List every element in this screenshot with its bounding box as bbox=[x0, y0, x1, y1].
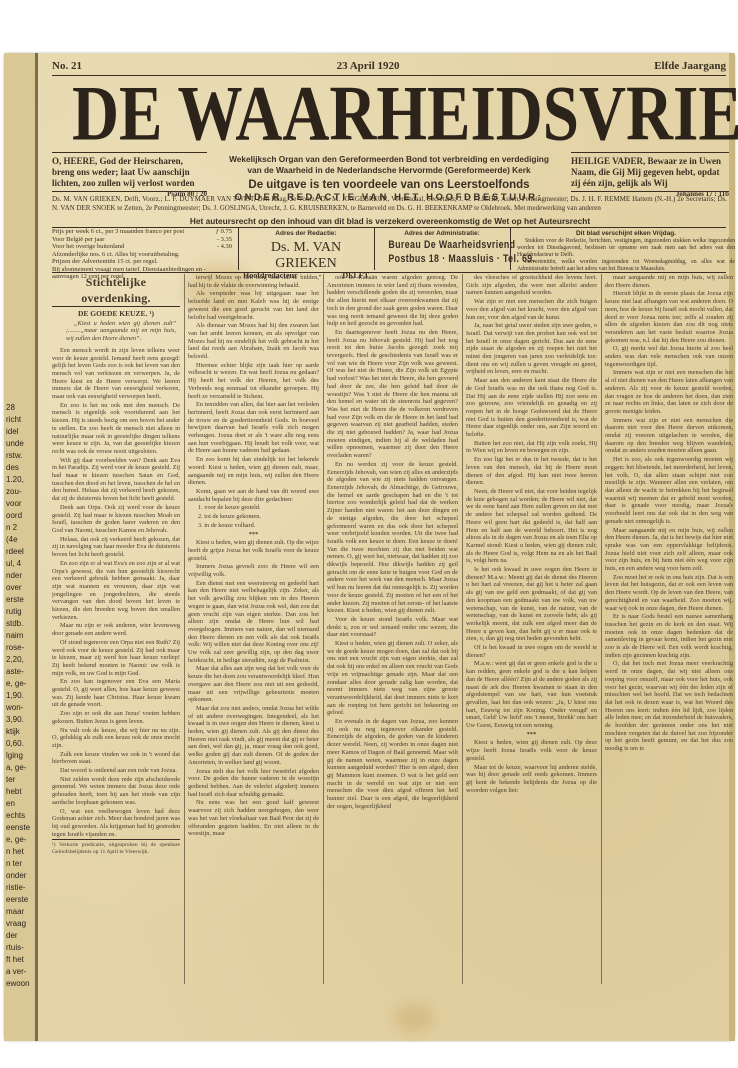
article-paragraph: Jozua stelt dus het volk hier tweeërlei … bbox=[188, 768, 319, 799]
adjacent-page-text: e, ge- bbox=[6, 679, 26, 688]
subscription-prices: Prijs per week 6 ct., per 3 maanden fran… bbox=[52, 228, 232, 270]
article-paragraph: En temidden van allen, dat hier aan het … bbox=[188, 401, 319, 455]
article-paragraph: En evenals in de dagen van Jozua, zoo ke… bbox=[327, 718, 458, 810]
adjacent-page-text: ristie- bbox=[6, 883, 26, 892]
adjacent-page-text: maar bbox=[6, 907, 24, 916]
divider bbox=[52, 272, 726, 273]
article-paragraph: Kiest u heden, wien gij dienen zult. Op … bbox=[188, 539, 319, 562]
binding-edge bbox=[35, 53, 38, 1041]
masthead-title: DE WAARHEIDSVRIEND bbox=[72, 71, 708, 158]
adjacent-page-text: nder bbox=[6, 571, 22, 580]
adjacent-page-text: 2,20, bbox=[6, 655, 24, 664]
adjacent-page-text: der bbox=[6, 931, 18, 940]
price-value: - 3.35 bbox=[217, 236, 232, 244]
price-label: Prijs per week 6 ct., per 3 maanden fran… bbox=[52, 228, 184, 236]
article-columns: Stichtelijke overdenking. DE GOEDE KEUZE… bbox=[52, 274, 732, 994]
article-paragraph: 1. voor de keuze gesteld. bbox=[188, 504, 319, 512]
article-paragraph: En zoo kan tegenover een Eva een Maria g… bbox=[52, 678, 180, 709]
divider bbox=[52, 191, 207, 192]
article-paragraph: Immers Jozua gevoelt zoo: de Heere wil e… bbox=[188, 563, 319, 578]
section-title: Stichtelijke overdenking. bbox=[52, 274, 180, 307]
adjacent-page-text: ul, 4 bbox=[6, 559, 21, 568]
adjacent-page-text: over bbox=[6, 583, 22, 592]
article-paragraph: Nu valt ook de keuze, die wij hier nu nu… bbox=[52, 727, 180, 750]
article-paragraph: Het is zoo, als ook tegenwoordig moeten … bbox=[605, 456, 733, 525]
article-paragraph: Als verspieder was hij uitgegaan naar he… bbox=[188, 290, 319, 321]
adjacent-page-text: en bbox=[6, 799, 15, 808]
adjacent-page-text: richt bbox=[6, 415, 21, 424]
subtitle-line-1: Wekelijksch Organ van den Gereformeerden… bbox=[218, 154, 560, 165]
adjacent-page-text: a ver- bbox=[6, 967, 26, 976]
article-paragraph: Niet zelden wordt deze rede zijn afschei… bbox=[52, 776, 180, 807]
footnote: ¹) Verkorte predicatie, uitgesproken bij… bbox=[52, 839, 180, 855]
divider bbox=[52, 152, 207, 153]
adjacent-page-text: ter bbox=[6, 775, 15, 784]
article-paragraph: En zoo zijn er al wat Eva's en zoo zijn … bbox=[52, 560, 180, 622]
article-paragraph: terwijl Mozes op den berg was om te bidd… bbox=[188, 274, 319, 289]
article-paragraph: Kiest u heden, wien gij dienen zult. Op … bbox=[466, 739, 597, 762]
subtitle-line-3: De uitgave is ten voordeele van ons Leer… bbox=[218, 178, 560, 192]
adjacent-page-text: 1,90. bbox=[6, 691, 24, 700]
article-title: DE GOEDE KEUZE. ¹) bbox=[52, 310, 180, 318]
adjacent-page-text: 1.20, bbox=[6, 475, 24, 484]
price-row: Afzonderlijke nos. 6 ct. Alles bij vooru… bbox=[52, 251, 232, 259]
administration-contact: Postbus 18 · Maassluis · Tel. 69. bbox=[388, 252, 495, 266]
article-paragraph: Immers wat zijn er niet een menschen die… bbox=[605, 417, 733, 456]
adjacent-page-text: eerste bbox=[6, 895, 28, 904]
adjacent-page-text: ewoon bbox=[6, 979, 30, 988]
article-paragraph: En daartegenover heeft Jozua nu den Heer… bbox=[327, 329, 458, 460]
price-row: Voor België per jaar- 3.35 bbox=[52, 236, 232, 244]
editorial-board: Ds. M. VAN GRIEKEN, Delft, Voorz.; L. F.… bbox=[52, 195, 727, 213]
newspaper-page: 28richtidelunderstw.des1.20,zou-vooroord… bbox=[4, 53, 735, 1041]
column-2: terwijl Mozes op den berg was om te bidd… bbox=[188, 274, 319, 994]
adjacent-page-text: stdb. bbox=[6, 619, 23, 628]
adjacent-page-text: vraag bbox=[6, 919, 26, 928]
adjacent-page-strip: 28richtidelunderstw.des1.20,zou-vooroord… bbox=[4, 53, 35, 1041]
article-paragraph: Maar tot de keuze, waarvoor hij anderen … bbox=[466, 764, 597, 795]
adjacent-page-text: won- bbox=[6, 703, 23, 712]
adjacent-page-text: 3,90. bbox=[6, 715, 24, 724]
editor-name: Ds. M. VAN GRIEKEN bbox=[239, 240, 373, 272]
article-paragraph: Wilt gij daar voorbeelden van? Denk aan … bbox=[52, 457, 180, 503]
article-paragraph: Voor de keuze stond Israëls volk. Maar w… bbox=[327, 616, 458, 639]
article-paragraph: Helaas, dat ook zij verkeerd heeft gekoz… bbox=[52, 536, 180, 559]
administration-bureau: Bureau De Waarheidsvriend bbox=[388, 238, 495, 252]
article-paragraph: O, wat een veelbewogen leven had deze Go… bbox=[52, 808, 180, 839]
article-paragraph: Maar dat zou niet anders, omdat Jozua he… bbox=[188, 705, 319, 767]
article-paragraph: Hieruit blijkt in de eerste plaats dat J… bbox=[605, 290, 733, 344]
adjacent-page-text: oord bbox=[6, 511, 22, 520]
article-paragraph: Ja, naar het getal uwer steden zijn uwe … bbox=[466, 322, 597, 376]
column-4: des vleesches of grootschheid des levens… bbox=[466, 274, 597, 994]
adjacent-page-text: e, ge- bbox=[6, 835, 26, 844]
article-paragraph: Wat zijn er niet een menschen die zich b… bbox=[466, 298, 597, 321]
administration-address: Adres der Administratie: Bureau De Waarh… bbox=[374, 228, 509, 270]
verse-right: HEILIGE VADER, Bewaar ze in Uwen Naam, d… bbox=[571, 156, 729, 200]
article-paragraph: Immers wat zijn er niet een menschen die… bbox=[605, 369, 733, 415]
article-paragraph: Is het ook kwaad in uwe oogen den Heere … bbox=[466, 566, 597, 643]
article-paragraph: En zoo is het nu ook met den mensch. De … bbox=[52, 402, 180, 456]
article-paragraph: 2. tot de keuze gekomen. bbox=[188, 513, 319, 521]
article-paragraph: ook in Kanaän waren afgoden genoeg. De A… bbox=[327, 274, 458, 328]
article-paragraph: Kiest u heden, wien gij dienen zult. O z… bbox=[327, 640, 458, 717]
section-separator: *** bbox=[188, 531, 319, 539]
article-paragraph: maar aangaande mij en mijn huis, wij zul… bbox=[605, 274, 733, 289]
column-1: Stichtelijke overdenking. DE GOEDE KEUZE… bbox=[52, 274, 180, 994]
adjacent-page-text: voor bbox=[6, 499, 22, 508]
price-label: Afzonderlijke nos. 6 ct. Alles bij vooru… bbox=[52, 251, 180, 259]
article-paragraph: Maar nu zijn er ook anderen, wier levens… bbox=[52, 622, 180, 637]
article-paragraph: des vleesches of grootschheid des levens… bbox=[466, 274, 597, 297]
column-5: maar aangaande mij en mijn huis, wij zul… bbox=[605, 274, 733, 994]
copyright-notice: Het auteursrecht op den inhoud van dit b… bbox=[48, 216, 732, 226]
price-value: - 4.30 bbox=[217, 243, 232, 251]
price-row: Prijzen der Advertentiën 15 ct. per rege… bbox=[52, 258, 232, 266]
adjacent-page-text: ft het bbox=[6, 955, 24, 964]
article-paragraph: Zoo zijn er ook die aan Jezus' voeten he… bbox=[52, 710, 180, 725]
editorial-address-label: Adres der Redactie: bbox=[239, 230, 373, 238]
column-divider bbox=[601, 274, 602, 984]
adjacent-page-text: eenste bbox=[6, 823, 30, 832]
adjacent-page-text: zou- bbox=[6, 487, 22, 496]
price-row: Voor het overige buitenland- 4.30 bbox=[52, 243, 232, 251]
adjacent-page-text: idel bbox=[6, 427, 18, 436]
adjacent-page-text: echts bbox=[6, 811, 25, 820]
article-paragraph: Denk aan Orpa. Ook zij werd voor de keuz… bbox=[52, 504, 180, 535]
article-paragraph: En zoo ligt het er dus in het tweede, da… bbox=[466, 456, 597, 487]
article-paragraph: Maar aan den anderen kant staat die Heer… bbox=[466, 377, 597, 439]
adjacent-page-text: 0,60. bbox=[6, 739, 24, 748]
article-paragraph: Zoo moet het er ook in ons huis zijn. Da… bbox=[605, 574, 733, 613]
publication-notice-text-2: Advertentiën, welke worden ingezonden to… bbox=[517, 259, 735, 273]
subtitle-line-2: van de Waarheid in de Nederlandsche Herv… bbox=[218, 165, 560, 176]
adjacent-page-text: unde bbox=[6, 439, 24, 448]
administration-label: Adres der Administratie: bbox=[375, 230, 509, 238]
adjacent-page-text: naim bbox=[6, 631, 23, 640]
adjacent-page-text: rutig bbox=[6, 607, 22, 616]
adjacent-page-text: rstw. bbox=[6, 451, 22, 460]
article-paragraph: Er is naar Gods bestel een nauwe samenha… bbox=[605, 613, 733, 659]
divider bbox=[571, 191, 729, 192]
price-label: Prijzen der Advertentiën 15 ct. per rege… bbox=[52, 258, 158, 266]
adjacent-page-text: (4e bbox=[6, 535, 18, 544]
adjacent-page-text: des bbox=[6, 463, 19, 472]
article-paragraph: O, gij merkt wel dat Jozua hierin al zoo… bbox=[605, 345, 733, 368]
page-content: No. 21 23 April 1920 Elfde Jaargang DE W… bbox=[48, 53, 732, 1041]
adjacent-page-text: n 2 bbox=[6, 523, 17, 532]
adjacent-page-text: a, ge- bbox=[6, 763, 26, 772]
article-paragraph: Of stond tegenover een Orpa niet een Rut… bbox=[52, 639, 180, 678]
article-paragraph: Buiten het zoo niet, dat Hij zijn volk z… bbox=[466, 440, 597, 455]
article-paragraph: Een mensch wordt in zijn leven telkens w… bbox=[52, 347, 180, 401]
publication-notice-text-1: Stukken voor de Redactie, berichten, ves… bbox=[517, 238, 735, 259]
article-paragraph: Dat woord is ontleend aan een rede van J… bbox=[52, 767, 180, 775]
article-paragraph: Maar aangaande mij en mijn huis, wij zul… bbox=[605, 527, 733, 573]
article-paragraph: Of is het kwaad in uwe oogen om de werel… bbox=[466, 644, 597, 659]
article-motto: „Kiest u heden wien gij dienen zult” ;..… bbox=[52, 320, 180, 343]
adjacent-page-text: aste- bbox=[6, 667, 24, 676]
article-paragraph: Maar dat alles aan zijn weg dat het volk… bbox=[188, 665, 319, 704]
article-paragraph: Komt, gaan we aan de hand van dit woord … bbox=[188, 488, 319, 503]
verse-left: O, HEERE, God der Heirscharen, breng ons… bbox=[52, 156, 207, 200]
article-paragraph: Hiermee echter blijkt zijn taak hier op … bbox=[188, 362, 319, 401]
article-paragraph: O, dat het toch met Jozua meer veerkrach… bbox=[605, 660, 733, 752]
article-paragraph: Als dienaar van Mozes had hij den zwaren… bbox=[188, 322, 319, 361]
price-value: ƒ 0.75 bbox=[216, 228, 232, 236]
verse-right-text: HEILIGE VADER, Bewaar ze in Uwen Naam, d… bbox=[571, 156, 729, 189]
column-divider bbox=[462, 274, 463, 984]
article-paragraph: Een dienst met een weerstrevig en gedeel… bbox=[188, 580, 319, 665]
column-divider bbox=[184, 274, 185, 984]
adjacent-page-text: 28 bbox=[6, 403, 15, 412]
editorial-address: Adres der Redactie: Ds. M. VAN GRIEKEN H… bbox=[238, 228, 373, 270]
article-paragraph: Nu eens was het een goud kalf geweest wa… bbox=[188, 799, 319, 838]
verse-left-text: O, HEERE, God der Heirscharen, breng ons… bbox=[52, 156, 207, 189]
article-paragraph: En nu werden zij voor de keuze gesteld. … bbox=[327, 461, 458, 615]
section-separator: *** bbox=[466, 731, 597, 739]
adjacent-page-text: hebt bbox=[6, 787, 22, 796]
article-paragraph: Zulk een keuze vinden we ook in 't woord… bbox=[52, 751, 180, 766]
adjacent-page-text: rose- bbox=[6, 643, 24, 652]
article-paragraph: En zoo komt hij dan eindelijk tot het be… bbox=[188, 456, 319, 487]
price-label: Voor België per jaar bbox=[52, 236, 104, 244]
adjacent-page-text: ktijk bbox=[6, 727, 20, 736]
price-row: Prijs per week 6 ct., per 3 maanden fran… bbox=[52, 228, 232, 236]
adjacent-page-text: onder bbox=[6, 871, 26, 880]
article-paragraph: Neen, de Heere wil niet, dat voor beiden… bbox=[466, 488, 597, 565]
adjacent-page-text: lging bbox=[6, 751, 23, 760]
adjacent-page-text: n het bbox=[6, 847, 24, 856]
divider bbox=[571, 152, 729, 153]
adjacent-page-text: n ter bbox=[6, 859, 22, 868]
adjacent-page-text: rtuis- bbox=[6, 943, 24, 952]
publication-notice: Dit blad verschijnt elken Vrijdag. Stukk… bbox=[510, 228, 735, 270]
column-3: ook in Kanaän waren afgoden genoeg. De A… bbox=[327, 274, 458, 994]
column-divider bbox=[323, 274, 324, 984]
adjacent-page-text: erste bbox=[6, 595, 24, 604]
publication-notice-label: Dit blad verschijnt elken Vrijdag. bbox=[517, 230, 735, 238]
article-paragraph: M.a.w.: weet gij dat er geen enkele god … bbox=[466, 660, 597, 729]
article-paragraph: 3. in de keuze volhard. bbox=[188, 522, 319, 530]
adjacent-page-text: rdeel bbox=[6, 547, 24, 556]
price-label: Voor het overige buitenland bbox=[52, 243, 124, 251]
